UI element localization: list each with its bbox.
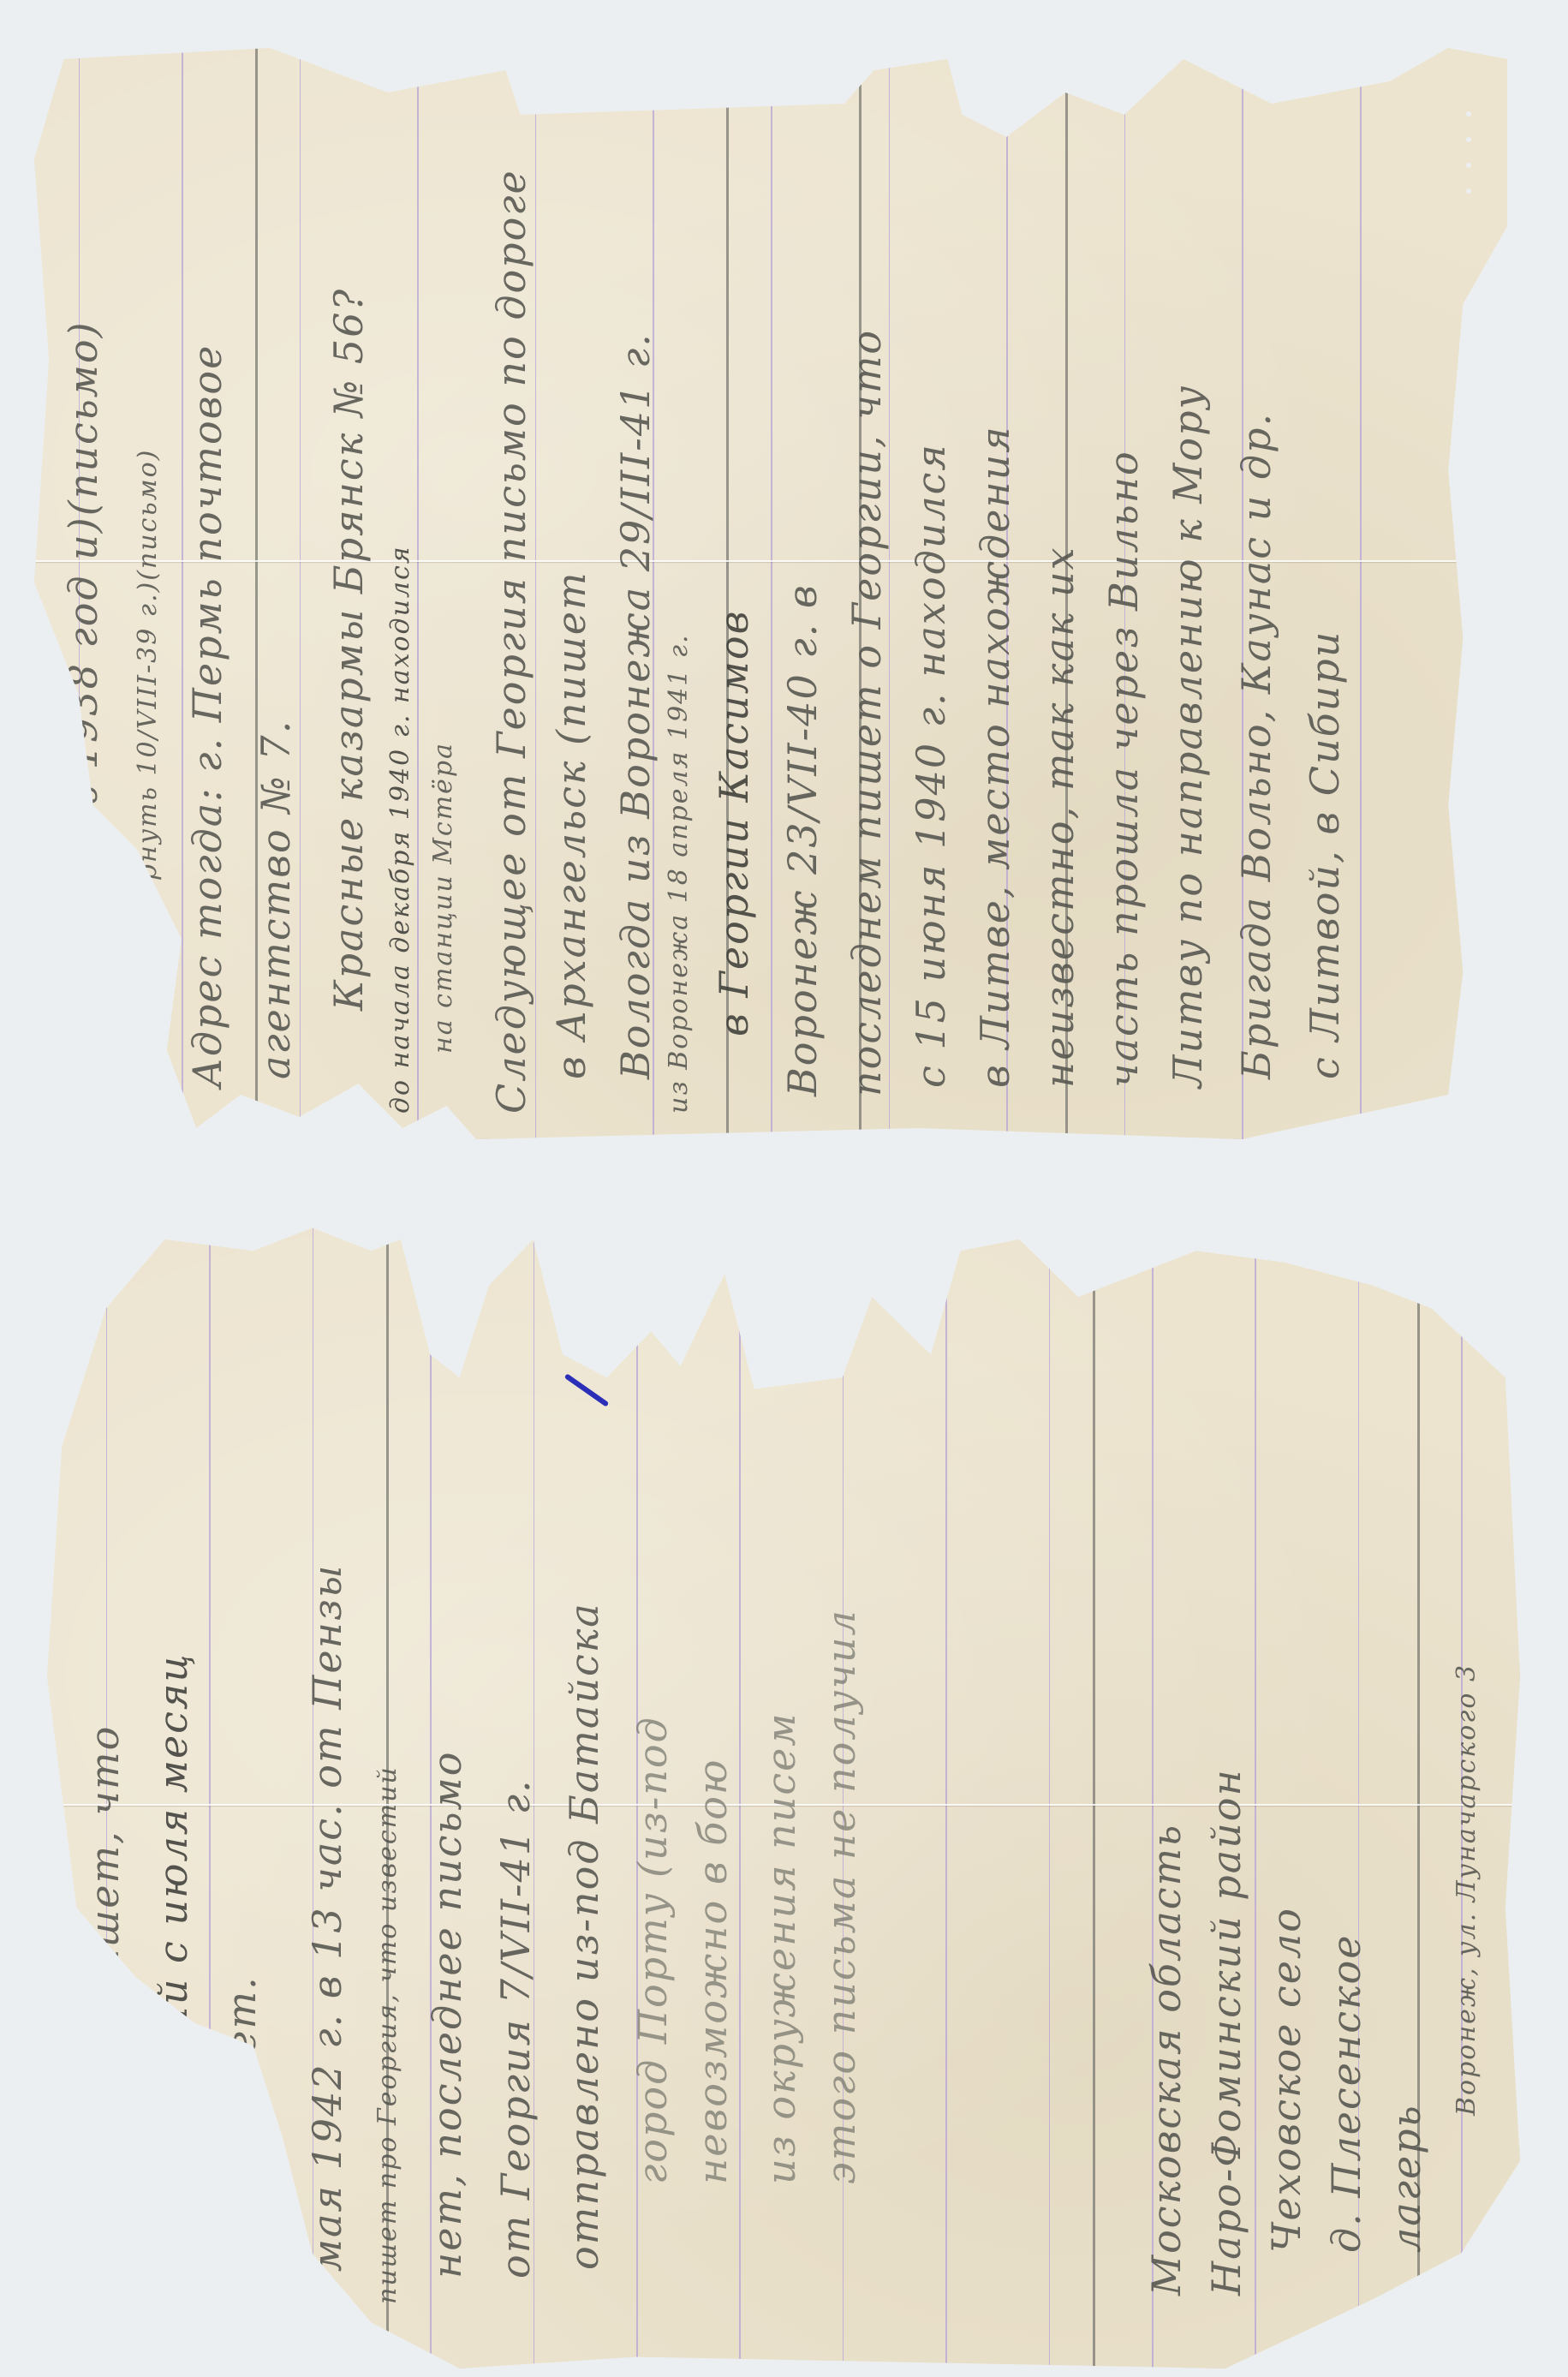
handwritten-line: город Порту (из-под <box>629 1716 676 2184</box>
handwritten-line: часть прошла через Вильно <box>1100 450 1147 1088</box>
ruled-line <box>182 26 183 1139</box>
handwritten-line: Бригада Вольно, Каунас и др. <box>1233 412 1279 1079</box>
handwritten-line: март 1941 г. пишет, что <box>81 1725 128 2313</box>
handwritten-line: Московская область <box>1143 1824 1189 2296</box>
handwritten-line: с Литвой, в Сибири <box>1302 630 1348 1079</box>
ruled-line <box>1255 1216 1256 2368</box>
handwritten-line: агентство № 7. <box>253 720 299 1079</box>
perforation-hole <box>1466 188 1471 194</box>
handwritten-line: с 15 июня 1940 г. находился <box>908 443 954 1088</box>
handwritten-line: на станции Мстёра <box>428 742 458 1054</box>
ruled-line <box>1360 26 1362 1139</box>
handwritten-line: в Георгии Касимов <box>711 610 757 1036</box>
handwritten-line: (Возможно вернуть 10/VIII-39 г.)(письмо) <box>133 449 163 1096</box>
ruled-line <box>535 26 537 1139</box>
handwritten-line: Литву по направлению к Мору <box>1165 385 1211 1088</box>
ruled-line <box>417 26 419 1139</box>
paper-piece-bottom: март 1941 г. пишет, что Георгий с июля м… <box>47 1216 1520 2368</box>
perforation-hole <box>1466 111 1471 116</box>
handwritten-line: пишет про Георгия, что известий <box>373 1765 402 2304</box>
handwritten-line: Георгий с июля месяц <box>150 1653 196 2159</box>
paper-piece-top: (февраль 1938 год и)(письмо) (Возможно в… <box>34 26 1507 1139</box>
handwritten-line: Наро-Фоминский район <box>1203 1768 1249 2296</box>
handwritten-line: Следующее от Георгия письмо по дороге <box>488 169 534 1114</box>
perforation-hole <box>1466 137 1471 142</box>
blue-ink-mark <box>564 1373 610 1406</box>
handwritten-line: (февраль 1938 год и)(письмо) <box>60 320 106 985</box>
handwritten-line: Красные казармы Брянск № 56? <box>325 288 372 1011</box>
paper-fold <box>34 560 1507 562</box>
handwritten-line: Вологда из Воронежа 29/III-41 г. <box>612 332 659 1079</box>
scan-background: (февраль 1938 год и)(письмо) (Возможно в… <box>0 0 1568 2377</box>
ruled-line <box>771 26 772 1139</box>
handwritten-line: от Георгия 7/VII-41 г. <box>492 1778 539 2278</box>
ruled-line <box>300 26 301 1139</box>
handwritten-line: отправлено из-под Батайска <box>561 1602 607 2270</box>
handwritten-line: Воронеж, ул. Луначарского 3 <box>1452 1663 1482 2116</box>
handwritten-line: неизвестно, так как их <box>1036 546 1082 1088</box>
handwritten-line: 3 мая 1942 г. в 13 час. от Пензы <box>304 1564 350 2313</box>
handwritten-line: нет, последнее письмо <box>424 1751 470 2278</box>
handwritten-line: из окружения писем <box>758 1711 804 2184</box>
perforation-hole <box>1466 163 1471 168</box>
handwritten-line: д. Плесенское <box>1323 1934 1369 2253</box>
ruled-line <box>945 1216 947 2368</box>
margin-line <box>1093 1216 1095 2368</box>
handwritten-line: в Архангельск (пишет <box>548 570 594 1079</box>
handwritten-line: этого письма не получил <box>818 1609 864 2184</box>
handwritten-line: из Воронежа 18 апреля 1941 г. <box>664 633 694 1114</box>
handwritten-line: Чеховское село <box>1263 1907 1309 2253</box>
handwritten-line: до начала декабря 1940 г. находился <box>385 545 415 1114</box>
handwritten-line: известий нет. <box>218 1975 265 2313</box>
handwritten-line: Адрес тогда: г. Пермь почтовое <box>184 344 230 1088</box>
ruled-line <box>209 1216 211 2368</box>
handwritten-line: последнем пишет о Георгии, что <box>844 329 890 1096</box>
handwritten-line: невозможно в бою <box>689 1759 736 2184</box>
ruled-line <box>739 1216 741 2368</box>
handwritten-line: в Литве, место нахождения <box>972 425 1018 1088</box>
handwritten-line: лагерь <box>1383 2104 1429 2253</box>
handwritten-line: Воронеж 23/VII-40 г. в <box>779 583 826 1096</box>
ruled-line <box>1049 1216 1051 2368</box>
